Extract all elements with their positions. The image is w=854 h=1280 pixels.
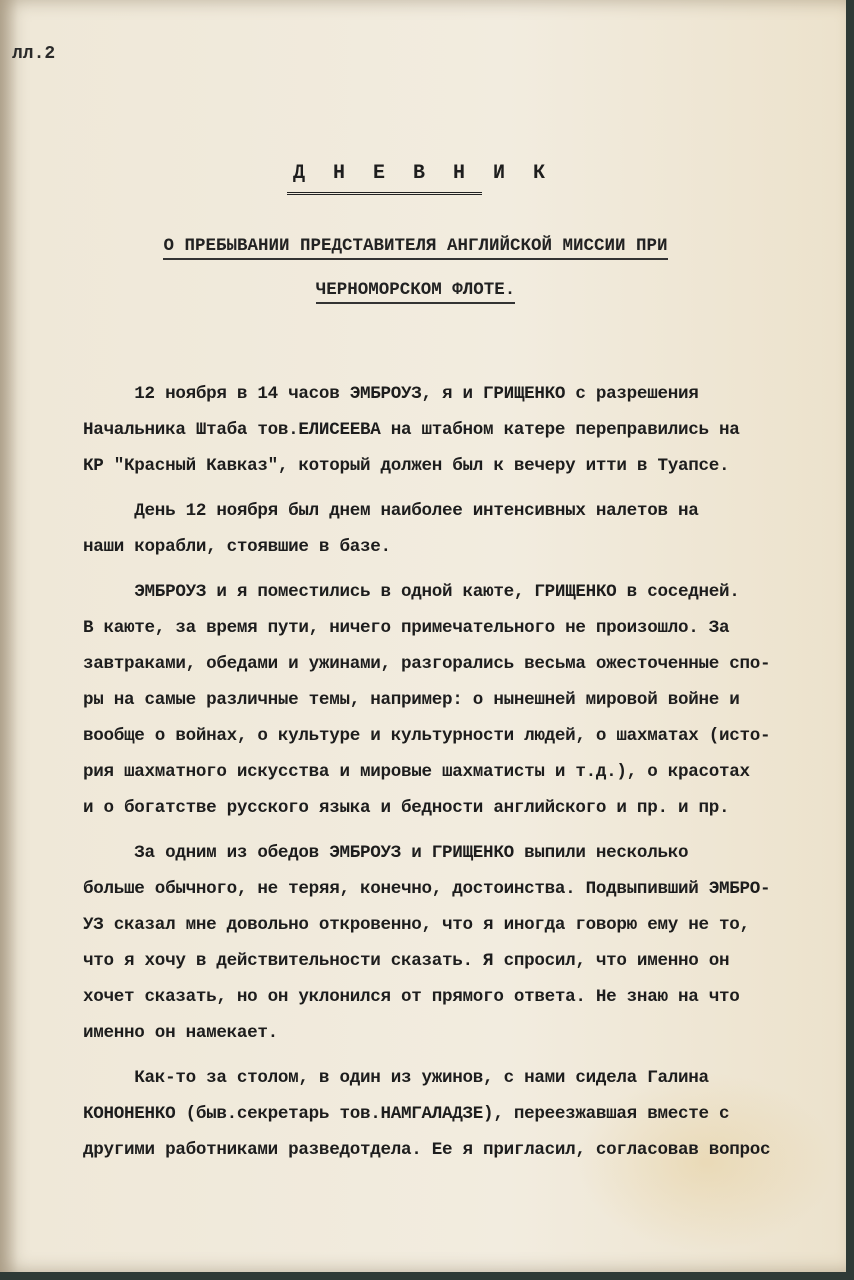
paragraph: 12 ноября в 14 часов ЭМБРОУЗ, я и ГРИЩЕН… (83, 376, 853, 484)
text-line: За одним из обедов ЭМБРОУЗ и ГРИЩЕНКО вы… (83, 835, 853, 871)
text-line: ЭМБРОУЗ и я поместились в одной каюте, Г… (83, 574, 853, 610)
document-page: лл.2 Д Н Е В Н И К О ПРЕБЫВАНИИ ПРЕДСТАВ… (0, 0, 846, 1272)
paragraph: День 12 ноября был днем наиболее интенси… (83, 493, 853, 565)
text-line: именно он намекает. (83, 1015, 853, 1051)
text-line: Начальника Штаба тов.ЕЛИСЕЕВА на штабном… (83, 412, 853, 448)
paragraph: За одним из обедов ЭМБРОУЗ и ГРИЩЕНКО вы… (83, 835, 853, 1051)
paragraph-gap (83, 1051, 853, 1060)
text-line: День 12 ноября был днем наиболее интенси… (83, 493, 853, 529)
text-line: В каюте, за время пути, ничего примечате… (83, 610, 853, 646)
text-line: ры на самые различные темы, например: о … (83, 682, 853, 718)
text-line: наши корабли, стоявшие в базе. (83, 529, 853, 565)
title-underline (287, 192, 482, 199)
text-line: завтраками, обедами и ужинами, разгорали… (83, 646, 853, 682)
subtitle-line: О ПРЕБЫВАНИИ ПРЕДСТАВИТЕЛЯ АНГЛИЙСКОЙ МИ… (163, 236, 667, 260)
text-line: больше обычного, не теряя, конечно, дост… (83, 871, 853, 907)
document-body: 12 ноября в 14 часов ЭМБРОУЗ, я и ГРИЩЕН… (83, 376, 853, 1168)
paragraph-gap (83, 565, 853, 574)
text-line: УЗ сказал мне довольно откровенно, что я… (83, 907, 853, 943)
text-line: КР "Красный Кавказ", который должен был … (83, 448, 853, 484)
subtitle-line: ЧЕРНОМОРСКОМ ФЛОТЕ. (316, 280, 516, 304)
page-number: лл.2 (12, 44, 55, 64)
paragraph: ЭМБРОУЗ и я поместились в одной каюте, Г… (83, 574, 853, 826)
text-line: что я хочу в действительности сказать. Я… (83, 943, 853, 979)
paragraph-gap (83, 826, 853, 835)
text-line: рия шахматного искусства и мировые шахма… (83, 754, 853, 790)
text-line: вообще о войнах, о культуре и культурнос… (83, 718, 853, 754)
text-line: другими работниками разведотдела. Ее я п… (83, 1132, 853, 1168)
document-title: Д Н Е В Н И К (0, 162, 846, 185)
paragraph: Как-то за столом, в один из ужинов, с на… (83, 1060, 853, 1168)
document-subtitle: О ПРЕБЫВАНИИ ПРЕДСТАВИТЕЛЯ АНГЛИЙСКОЙ МИ… (128, 224, 703, 312)
text-line: и о богатстве русского языка и бедности … (83, 790, 853, 826)
paragraph-gap (83, 484, 853, 493)
text-line: хочет сказать, но он уклонился от прямог… (83, 979, 853, 1015)
text-line: 12 ноября в 14 часов ЭМБРОУЗ, я и ГРИЩЕН… (83, 376, 853, 412)
text-line: Как-то за столом, в один из ужинов, с на… (83, 1060, 853, 1096)
text-line: КОНОНЕНКО (быв.секретарь тов.НАМГАЛАДЗЕ)… (83, 1096, 853, 1132)
